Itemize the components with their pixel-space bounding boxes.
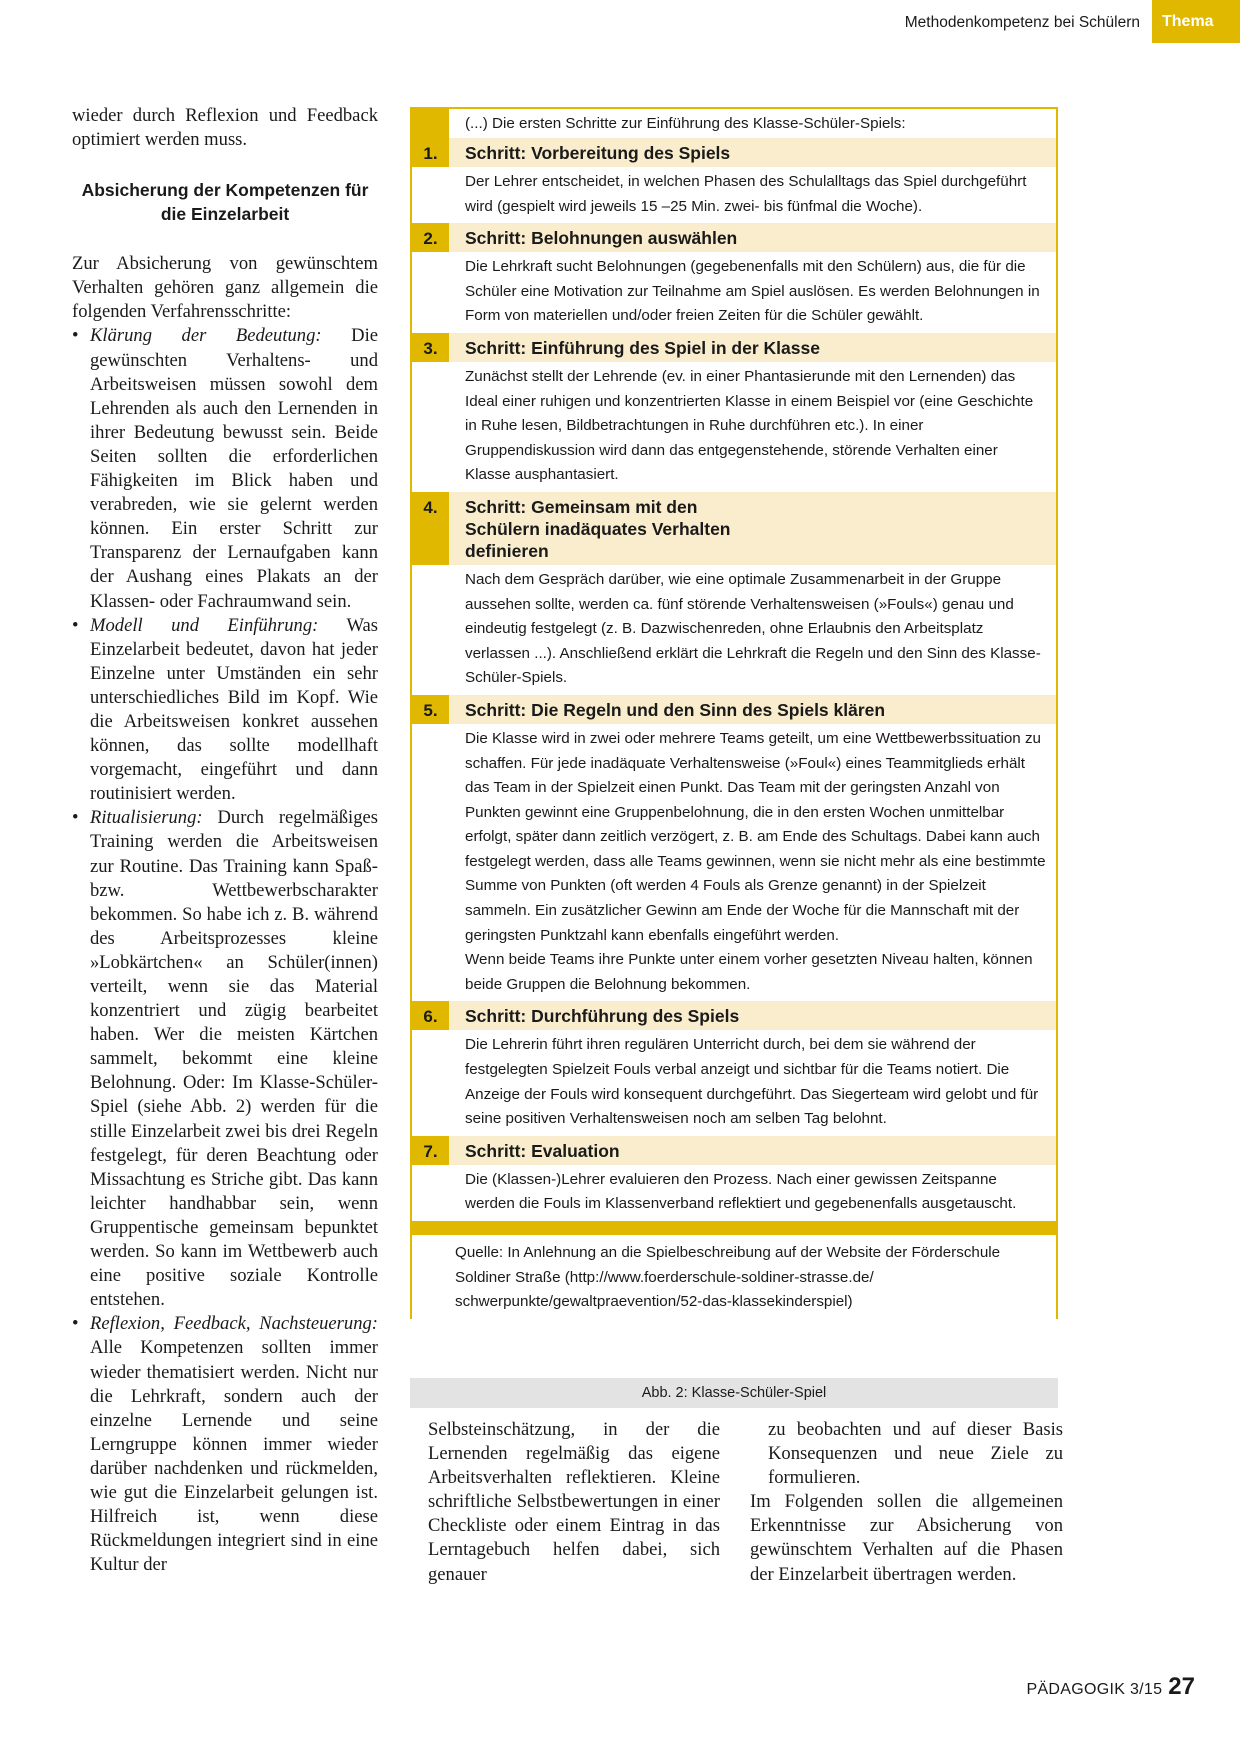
bullet-icon: • [72,614,79,638]
middle-paragraph: Selbsteinschätzung, in der die Lernenden… [428,1418,720,1587]
step-title: Schritt: Einführung des Spiel in der Kla… [449,333,1056,362]
bullet-icon: • [72,1312,79,1336]
step-number: 1. [412,138,449,167]
step-body: Die Lehrerin führt ihren regulären Unter… [449,1030,1056,1135]
list-text: Was Einzelarbeit bedeutet, davon hat jed… [90,615,378,805]
section-tag: Thema [1152,0,1240,43]
step-header: 4. Schritt: Gemeinsam mit den Schülern i… [412,492,1056,565]
page-footer: PÄDAGOGIK 3/1527 [1026,1673,1195,1701]
step-title: Schritt: Vorbereitung des Spiels [449,138,1056,167]
step-header: 3. Schritt: Einführung des Spiel in der … [412,333,1056,362]
step-number: 3. [412,333,449,362]
step-number: 6. [412,1001,449,1030]
step-body: Der Lehrer entscheidet, in welchen Phase… [449,167,1056,223]
step-body-row: Die Lehrkraft sucht Belohnungen (gegeben… [412,252,1056,333]
step-number: 7. [412,1136,449,1165]
lead-paragraph: Zur Absicherung von gewünschtem Verhalte… [72,252,378,324]
step-number: 2. [412,223,449,252]
box-intro: (...) Die ersten Schritte zur Einführung… [449,109,1056,138]
step-number: 5. [412,695,449,724]
figure-box: (...) Die ersten Schritte zur Einführung… [410,107,1058,1319]
running-head-title: Methodenkompetenz bei Schülern [905,14,1140,32]
list-text: Alle Kompetenzen sollten immer wieder th… [90,1337,378,1575]
number-column [412,109,449,138]
step-body: Nach dem Gespräch darüber, wie eine opti… [449,565,1056,695]
left-column: wieder durch Reflexion und Feedback opti… [72,104,378,1577]
step-title: Schritt: Durchführung des Spiels [449,1001,1056,1030]
figure-caption: Abb. 2: Klasse-Schüler-Spiel [410,1378,1058,1408]
step-title: Schritt: Gemeinsam mit den Schülern inad… [449,492,766,565]
box-intro-row: (...) Die ersten Schritte zur Einführung… [412,109,1056,138]
page-number: 27 [1168,1673,1195,1700]
section-heading: Absicherung der Kompetenzen für die Einz… [72,178,378,226]
list-term: Modell und Einführung: [90,615,318,636]
list-term: Klärung der Bedeutung: [90,325,322,346]
list-item: • Reflexion, Feedback, Nachsteuerung: Al… [72,1312,378,1577]
list-item: • Ritualisierung: Durch regelmäßiges Tra… [72,806,378,1312]
list-item: • Klärung der Bedeutung: Die gewünschten… [72,324,378,613]
step-body: Die Klasse wird in zwei oder mehrere Tea… [465,727,1046,948]
step-body: Die (Klassen-)Lehrer evaluieren den Proz… [449,1165,1056,1221]
step-header: 1. Schritt: Vorbereitung des Spiels [412,138,1056,167]
step-body-extra: Wenn beide Teams ihre Punkte unter einem… [465,948,1046,997]
bullet-icon: • [72,806,79,830]
step-title: Schritt: Belohnungen auswählen [449,223,1056,252]
middle-column: Selbsteinschätzung, in der die Lernenden… [428,1418,720,1587]
right-paragraph: Im Folgenden sollen die allgemeinen Erke… [750,1490,1063,1586]
step-header: 6. Schritt: Durchführung des Spiels [412,1001,1056,1030]
step-header: 5. Schritt: Die Regeln und den Sinn des … [412,695,1056,724]
right-column: zu beobachten und auf dieser Basis Konse… [750,1418,1063,1587]
step-body-row: Die (Klassen-)Lehrer evaluieren den Proz… [412,1165,1056,1221]
box-divider [412,1221,1056,1235]
step-header: 7. Schritt: Evaluation [412,1136,1056,1165]
step-body: Zunächst stellt der Lehrende (ev. in ein… [449,362,1056,492]
step-body-row: Die Lehrerin führt ihren regulären Unter… [412,1030,1056,1135]
list-term: Reflexion, Feedback, Nachsteuerung: [90,1313,378,1334]
intro-fragment: wieder durch Reflexion und Feedback opti… [72,104,378,152]
step-body: Die Lehrkraft sucht Belohnungen (gegeben… [449,252,1056,333]
list-term: Ritualisierung: [90,807,203,828]
right-continuation: zu beobachten und auf dieser Basis Konse… [750,1418,1063,1490]
procedure-list: • Klärung der Bedeutung: Die gewünschten… [72,324,378,1577]
step-body-row: Die Klasse wird in zwei oder mehrere Tea… [412,724,1056,1002]
step-body-row: Nach dem Gespräch darüber, wie eine opti… [412,565,1056,695]
step-body-row: Der Lehrer entscheidet, in welchen Phase… [412,167,1056,223]
list-item: • Modell und Einführung: Was Einzelarbei… [72,614,378,807]
bullet-icon: • [72,324,79,348]
list-text: Die gewünschten Verhaltens- und Arbeitsw… [90,325,378,611]
step-title: Schritt: Evaluation [449,1136,1056,1165]
magazine-issue: PÄDAGOGIK 3/15 [1026,1681,1162,1698]
step-body-row: Zunächst stellt der Lehrende (ev. in ein… [412,362,1056,492]
step-title: Schritt: Die Regeln und den Sinn des Spi… [449,695,1056,724]
step-header: 2. Schritt: Belohnungen auswählen [412,223,1056,252]
source-note: Quelle: In Anlehnung an die Spielbeschre… [412,1235,1058,1319]
list-text: Durch regelmäßiges Training werden die A… [90,807,378,1310]
step-number: 4. [412,492,449,565]
